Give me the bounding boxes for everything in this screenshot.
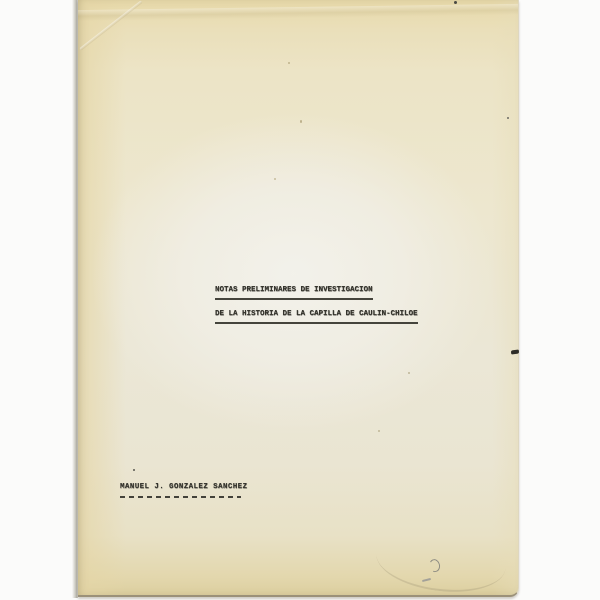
paper-speck	[408, 372, 410, 374]
document-page: NOTAS PRELIMINARES DE INVESTIGACION DE L…	[78, 0, 519, 597]
ink-mark-right-edge	[511, 349, 519, 354]
title-line-2: DE LA HISTORIA DE LA CAPILLA DE CAULIN-C…	[215, 310, 418, 324]
ink-speck	[133, 469, 135, 471]
paper-crease-top-left	[79, 0, 142, 50]
paper-speck	[274, 178, 276, 180]
author-name: MANUEL J. GONZALEZ SANCHEZ	[120, 483, 247, 492]
ink-speck	[454, 1, 457, 4]
author-dashed-underline	[120, 496, 241, 498]
author-block: MANUEL J. GONZALEZ SANCHEZ	[120, 483, 247, 498]
title-line-1: NOTAS PRELIMINARES DE INVESTIGACION	[215, 286, 373, 300]
paper-crease-top	[78, 4, 518, 21]
ink-speck	[507, 117, 509, 119]
scanned-document: NOTAS PRELIMINARES DE INVESTIGACION DE L…	[0, 0, 600, 600]
paper-speck	[378, 430, 380, 432]
paper-speck	[288, 62, 290, 64]
title-block: NOTAS PRELIMINARES DE INVESTIGACION DE L…	[215, 286, 418, 334]
paper-crease-bottom-right	[373, 523, 509, 598]
paper-speck	[300, 120, 302, 123]
